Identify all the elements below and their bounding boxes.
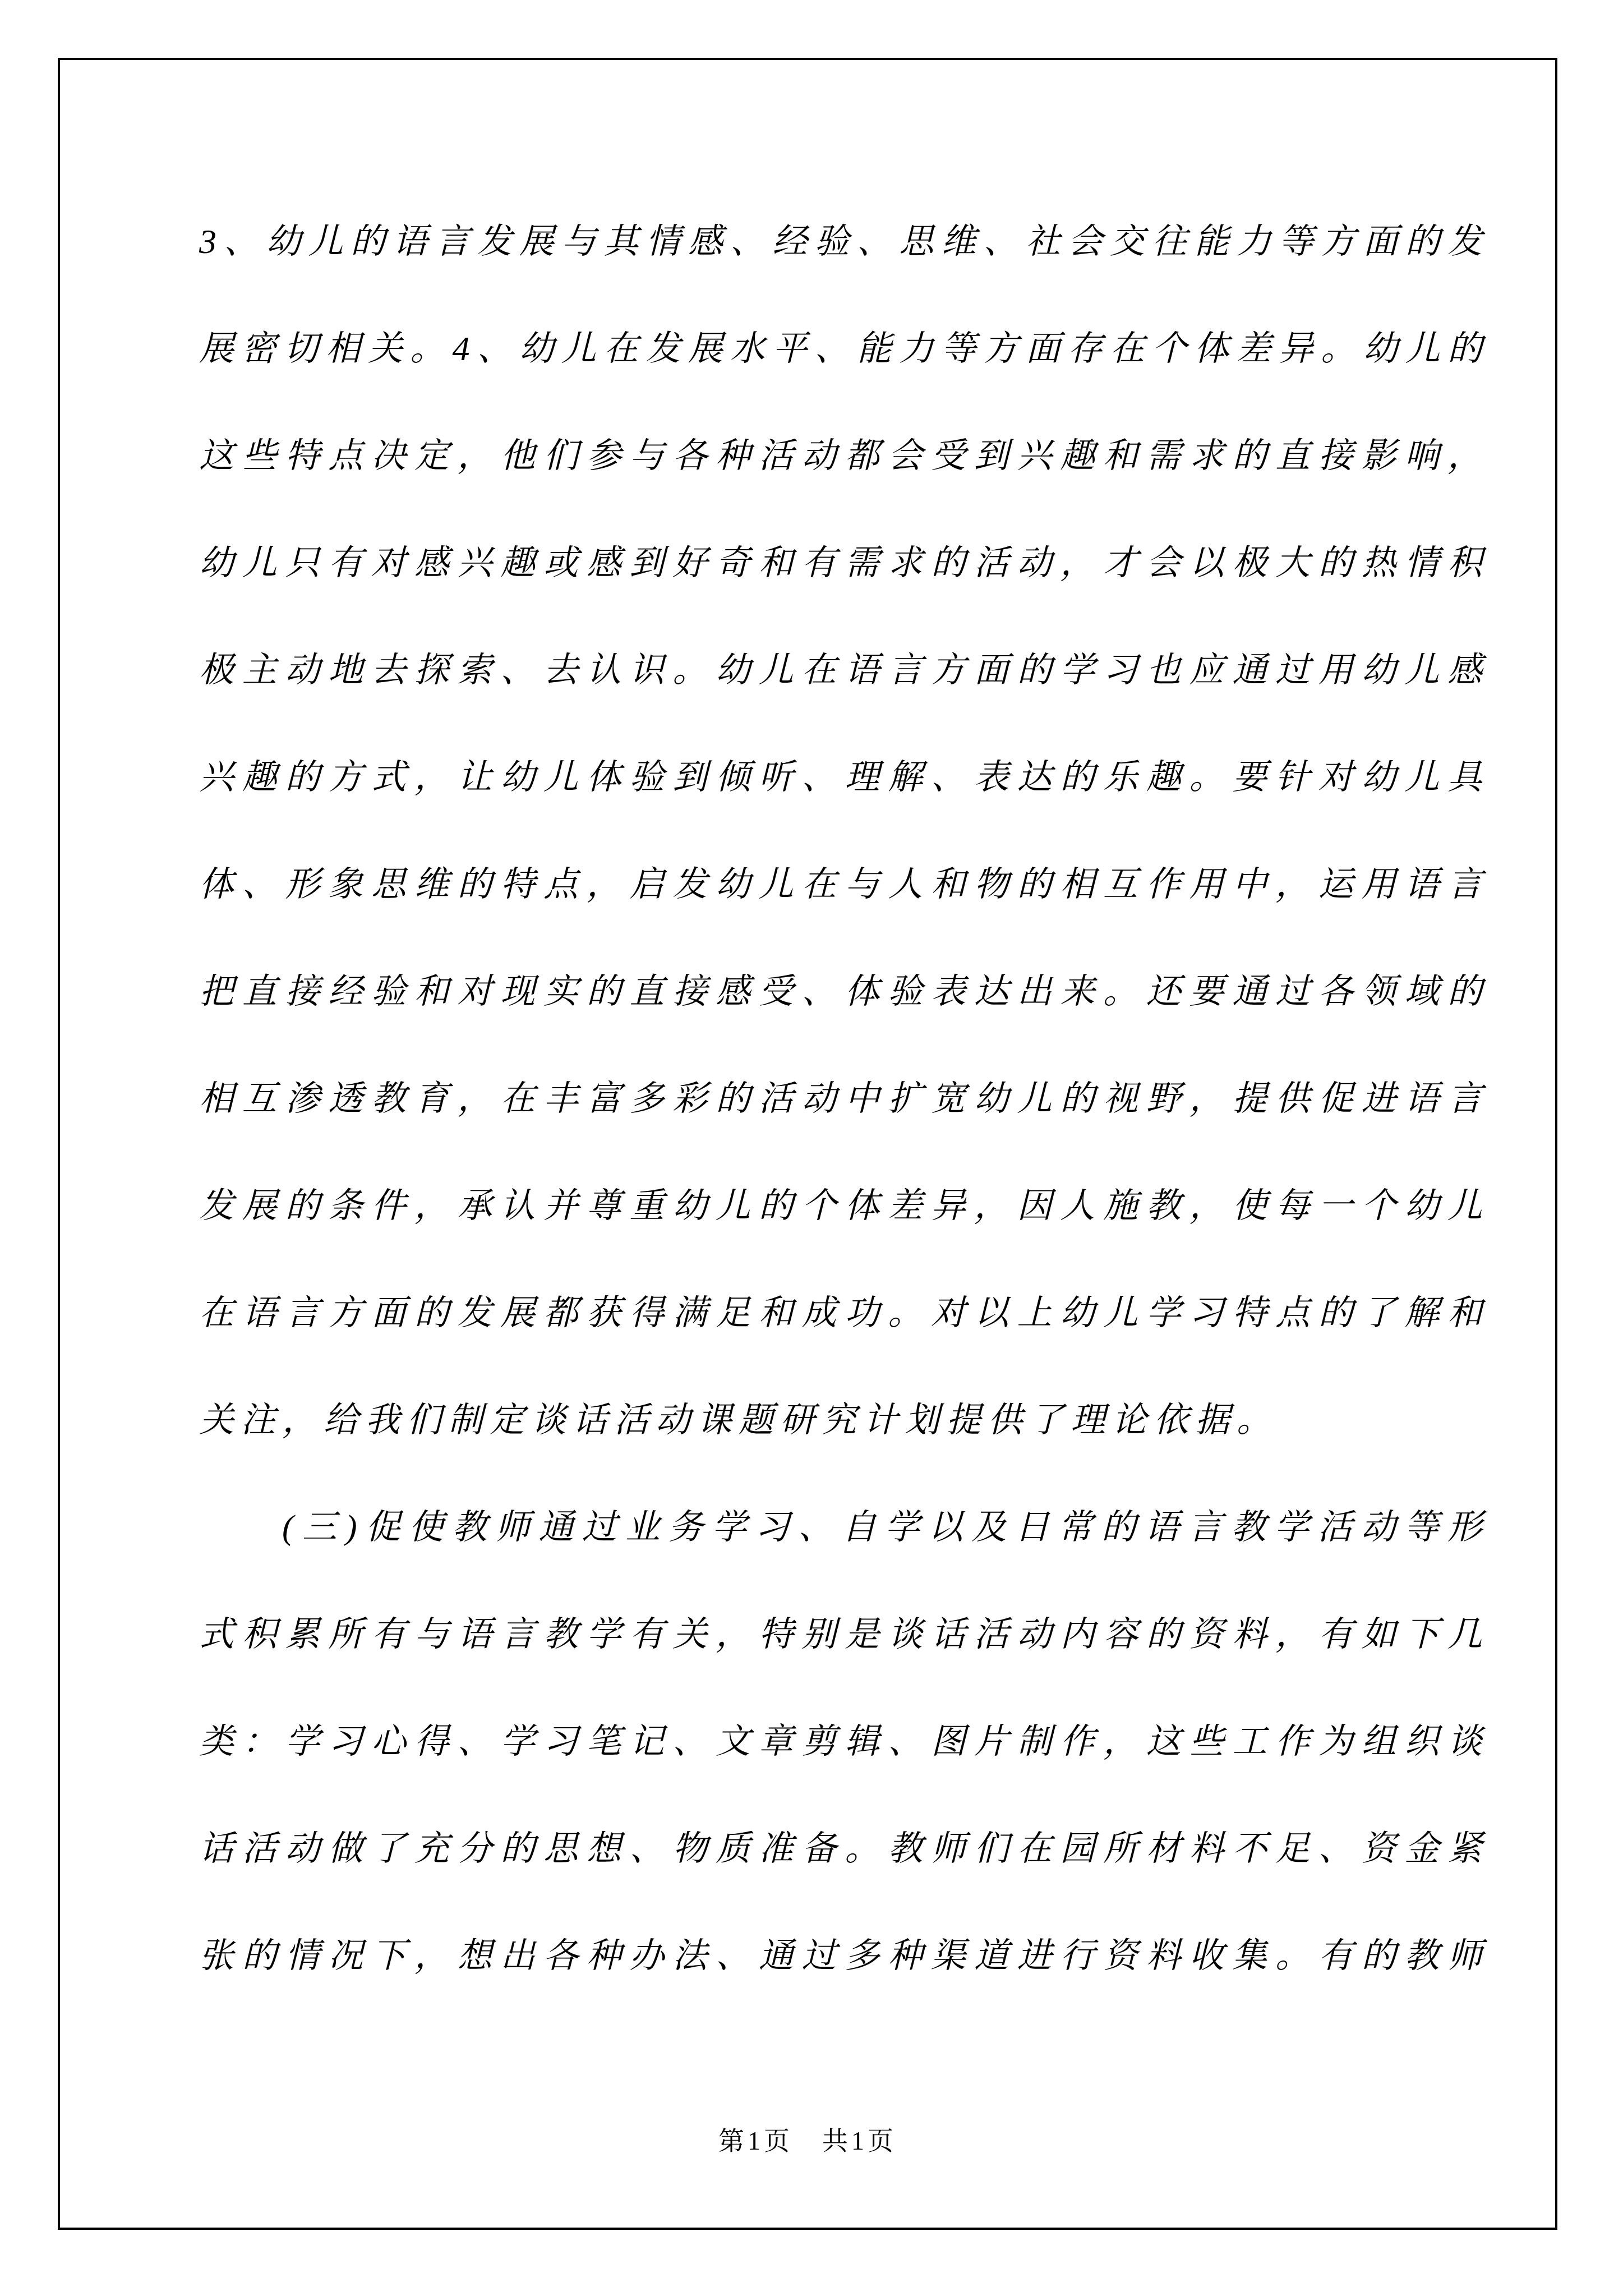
- paragraph-1: 3、幼儿的语言发展与其情感、经验、思维、社会交往能力等方面的发 展密切相关。4、…: [199, 188, 1489, 1474]
- text-line: 关注，给我们制定谈话活动课题研究计划提供了理论依据。: [199, 1367, 1489, 1474]
- text-line: 兴趣的方式，让幼儿体验到倾听、理解、表达的乐趣。要针对幼儿具: [199, 724, 1489, 831]
- text-line: 在语言方面的发展都获得满足和成功。对以上幼儿学习特点的了解和: [199, 1260, 1489, 1367]
- document-page: 3、幼儿的语言发展与其情感、经验、思维、社会交往能力等方面的发 展密切相关。4、…: [0, 0, 1623, 2296]
- text-line: 相互渗透教育，在丰富多彩的活动中扩宽幼儿的视野，提供促进语言: [199, 1046, 1489, 1153]
- text-line: 类：学习心得、学习笔记、文章剪辑、图片制作，这些工作为组织谈: [199, 1688, 1489, 1796]
- text-line: 张的情况下，想出各种办法、通过多种渠道进行资料收集。有的教师: [199, 1903, 1489, 2010]
- text-line: 展密切相关。4、幼儿在发展水平、能力等方面存在个体差异。幼儿的: [199, 296, 1489, 403]
- paragraph-2: (三)促使教师通过业务学习、自学以及日常的语言教学活动等形 式积累所有与语言教学…: [199, 1474, 1489, 2010]
- text-line: 话活动做了充分的思想、物质准备。教师们在园所材料不足、资金紧: [199, 1796, 1489, 1903]
- document-body: 3、幼儿的语言发展与其情感、经验、思维、社会交往能力等方面的发 展密切相关。4、…: [199, 188, 1489, 2010]
- text-line: 极主动地去探索、去认识。幼儿在语言方面的学习也应通过用幼儿感: [199, 617, 1489, 724]
- text-line: 幼儿只有对感兴趣或感到好奇和有需求的活动，才会以极大的热情积: [199, 510, 1489, 617]
- page-border-frame: 3、幼儿的语言发展与其情感、经验、思维、社会交往能力等方面的发 展密切相关。4、…: [58, 58, 1557, 2230]
- text-line: 体、形象思维的特点，启发幼儿在与人和物的相互作用中，运用语言: [199, 831, 1489, 938]
- text-line: 这些特点决定，他们参与各种活动都会受到兴趣和需求的直接影响，: [199, 403, 1489, 510]
- text-line: (三)促使教师通过业务学习、自学以及日常的语言教学活动等形: [199, 1474, 1489, 1581]
- page-number: 第1页 共1页: [60, 2122, 1555, 2161]
- text-line: 式积累所有与语言教学有关，特别是谈话活动内容的资料，有如下几: [199, 1581, 1489, 1688]
- text-line: 发展的条件，承认并尊重幼儿的个体差异，因人施教，使每一个幼儿: [199, 1153, 1489, 1260]
- text-line: 把直接经验和对现实的直接感受、体验表达出来。还要通过各领域的: [199, 938, 1489, 1046]
- text-line: 3、幼儿的语言发展与其情感、经验、思维、社会交往能力等方面的发: [199, 188, 1489, 296]
